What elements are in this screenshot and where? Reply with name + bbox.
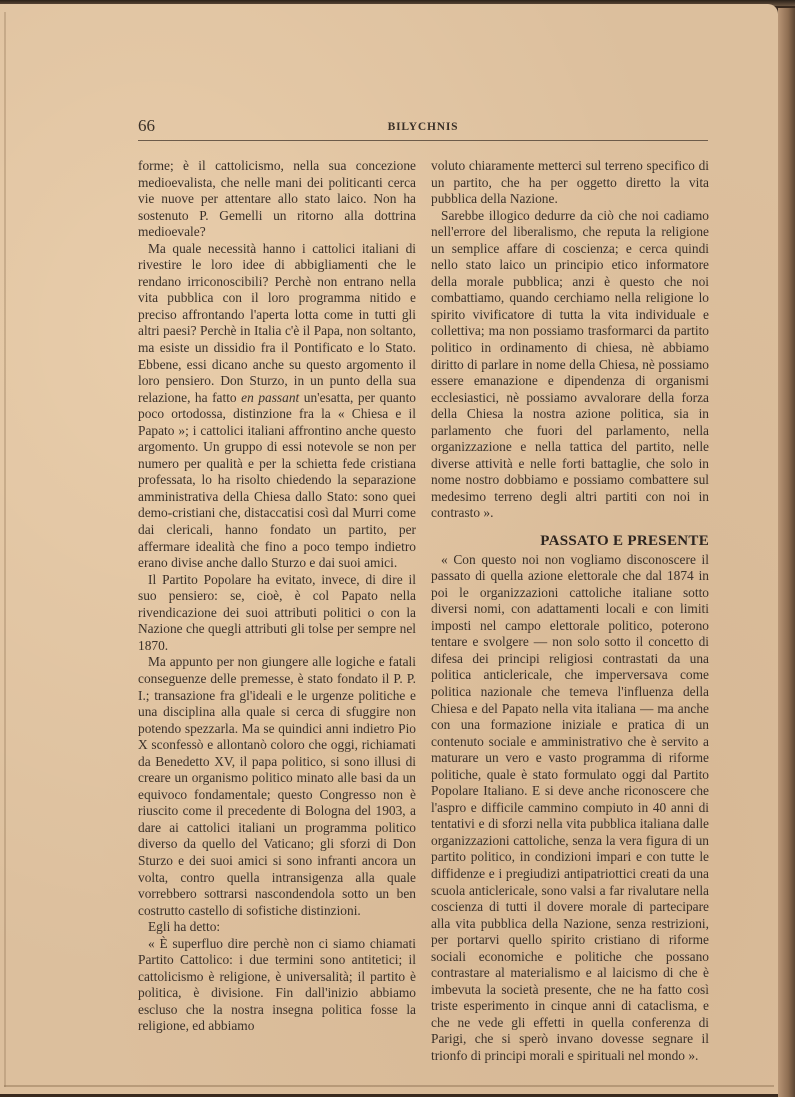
paragraph: Sarebbe illogico dedurre da ciò che noi … [431, 208, 709, 522]
paragraph-text: Ma quale necessità hanno i cattolici ita… [138, 241, 416, 405]
paragraph: Ma quale necessità hanno i cattolici ita… [138, 241, 416, 572]
running-title: BILYCHNIS [138, 121, 708, 133]
book-spine-edge [778, 8, 795, 1097]
left-column: forme; è il cattolicismo, nella sua conc… [138, 158, 416, 1035]
header-rule [138, 140, 708, 141]
paragraph: Egli ha detto: [138, 919, 416, 936]
italic-phrase: en passant [241, 390, 299, 405]
page-fold-line [4, 12, 6, 1087]
running-header: 66 BILYCHNIS [138, 116, 708, 140]
quote-paragraph: « Con questo noi non vogliamo disconosce… [431, 552, 709, 1065]
paragraph: Il Partito Popolare ha evitato, invece, … [138, 572, 416, 655]
page-bottom-edge [4, 1085, 774, 1087]
right-column: voluto chiaramente metterci sul terreno … [431, 158, 709, 1065]
paragraph: forme; è il cattolicismo, nella sua conc… [138, 158, 416, 241]
paragraph-text: un'esatta, per quanto poco ortodossa, di… [138, 390, 416, 570]
paragraph: Ma appunto per non giungere alle logiche… [138, 654, 416, 919]
paragraph: voluto chiaramente metterci sul terreno … [431, 158, 709, 208]
quote-paragraph: « È superfluo dire perchè non ci siamo c… [138, 936, 416, 1035]
section-heading: PASSATO E PRESENTE [431, 533, 709, 550]
